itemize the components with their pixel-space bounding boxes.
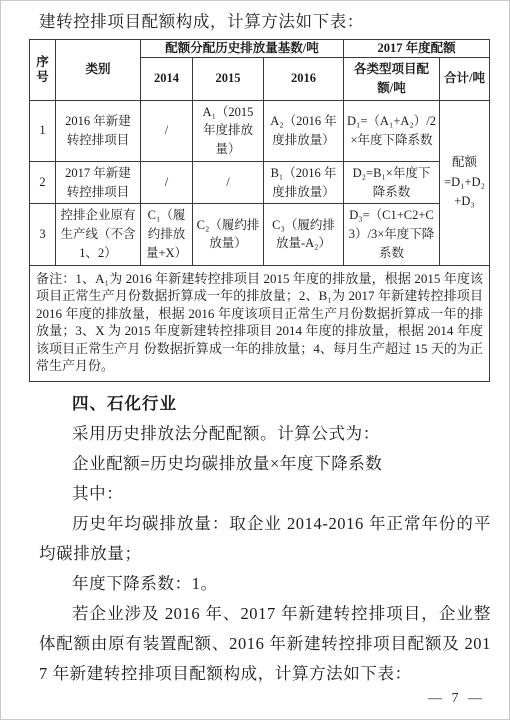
cell-quota-formula: D₁=（A₁+A₂）/2×年度下降系数 bbox=[344, 100, 440, 161]
cell-2014: / bbox=[141, 100, 193, 161]
cell-quota-formula: D₃=（C1+C2+C3）/3×年度下降系数 bbox=[344, 204, 440, 265]
paragraph: 其中： bbox=[39, 479, 491, 509]
cell-category: 2017 年新建转控排项目 bbox=[56, 161, 141, 204]
paragraph-intro: 建转控排项目配额构成，计算方法如下表： bbox=[39, 9, 487, 34]
table-header-row-1: 序号 类别 配额分配历史排放量基数/吨 2017 年度配额 bbox=[30, 40, 490, 58]
cell-total-formula: 配额 =D₁+D₂ +D₃ bbox=[440, 100, 490, 265]
header-year-2014: 2014 bbox=[141, 58, 193, 101]
quota-table: 序号 类别 配额分配历史排放量基数/吨 2017 年度配额 2014 2015 … bbox=[29, 39, 490, 382]
cell-category: 控排企业原有生产线（不含 1、2） bbox=[56, 204, 141, 265]
table-notes: 备注：1、A₁为 2016 年新建转控排项目 2015 年度的排放量，根据 20… bbox=[30, 265, 490, 381]
cell-2016: C₃（履约排放量-A₂） bbox=[264, 204, 344, 265]
cell-category: 2016 年新建转控排项目 bbox=[56, 100, 141, 161]
cell-row-no: 1 bbox=[30, 100, 56, 161]
header-2017-group: 2017 年度配额 bbox=[344, 40, 490, 58]
page-number: — 7 — bbox=[428, 691, 485, 707]
cell-2016: A₂（2016 年度排放量） bbox=[264, 100, 344, 161]
cell-2014: / bbox=[141, 161, 193, 204]
cell-2014: C₁（履约排放量+X） bbox=[141, 204, 193, 265]
header-index: 序号 bbox=[30, 40, 56, 101]
cell-quota-formula: D₂=B₁×年度下降系数 bbox=[344, 161, 440, 204]
header-year-2015: 2015 bbox=[193, 58, 264, 101]
cell-2015: C₂（履约排放量） bbox=[193, 204, 264, 265]
header-category: 类别 bbox=[56, 40, 141, 101]
document-page: 建转控排项目配额构成，计算方法如下表： 序号 类别 配额分配历史排放量基数/吨 … bbox=[0, 0, 510, 720]
paragraph-formula: 企业配额=历史均碳排放量×年度下降系数 bbox=[39, 449, 491, 479]
section-heading: 四、石化行业 bbox=[39, 389, 491, 419]
paragraph: 若企业涉及 2016 年、2017 年新建转控排项目，企业整体配额由原有装置配额… bbox=[39, 599, 491, 689]
header-history-group: 配额分配历史排放量基数/吨 bbox=[141, 40, 344, 58]
cell-2016: B₁（2016 年度排放量） bbox=[264, 161, 344, 204]
table-notes-row: 备注：1、A₁为 2016 年新建转控排项目 2015 年度的排放量，根据 20… bbox=[30, 265, 490, 381]
header-total: 合计/吨 bbox=[440, 58, 490, 101]
paragraph: 年度下降系数：1。 bbox=[39, 569, 491, 599]
cell-2015: / bbox=[193, 161, 264, 204]
header-year-2016: 2016 bbox=[264, 58, 344, 101]
header-type-quota: 各类型项目配额/吨 bbox=[344, 58, 440, 101]
table-row: 3 控排企业原有生产线（不含 1、2） C₁（履约排放量+X） C₂（履约排放量… bbox=[30, 204, 490, 265]
cell-row-no: 3 bbox=[30, 204, 56, 265]
paragraph: 采用历史排放法分配配额。计算公式为： bbox=[39, 419, 491, 449]
paragraph: 历史年均碳排放量：取企业 2014-2016 年正常年份的平均碳排放量； bbox=[39, 509, 491, 569]
table-row: 1 2016 年新建转控排项目 / A₁（2015 年度排放量） A₂（2016… bbox=[30, 100, 490, 161]
table-row: 2 2017 年新建转控排项目 / / B₁（2016 年度排放量） D₂=B₁… bbox=[30, 161, 490, 204]
cell-row-no: 2 bbox=[30, 161, 56, 204]
cell-2015: A₁（2015 年度排放量） bbox=[193, 100, 264, 161]
